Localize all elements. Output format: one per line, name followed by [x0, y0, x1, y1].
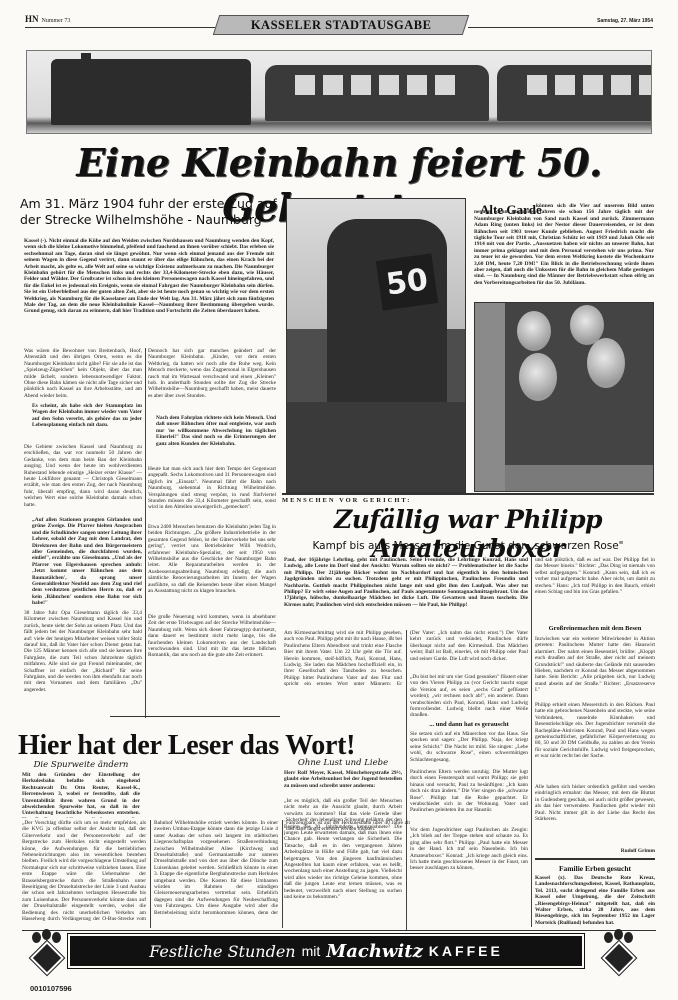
court-column-2: (Der Vater: „Ich nahm das nicht ernst.")… [410, 630, 528, 930]
paragraph: Die Gebiete zwischen Kassel und Naumburg… [24, 444, 142, 514]
court-subheadline: Kampf bis aufs Messer um die Gunst der „… [282, 540, 654, 552]
ad-product: KAFFEE [429, 943, 503, 959]
paragraph: Heute hat man sich auch hier dem Tempo d… [148, 466, 276, 524]
letter-body-columns: „Der Vorschlag dürfte sich um so mehr em… [22, 820, 278, 928]
notice-body: Kassel (x). Das Deutsche Rote Kreuz, Lan… [535, 875, 655, 927]
notice-title: Familie Erben gesucht [535, 864, 655, 873]
machwitz-logo-right [602, 932, 636, 972]
masthead-rule-left [25, 27, 215, 28]
pull-quote: Es scheint, als habe sich der Stammplatz… [32, 403, 142, 441]
paragraph: Inzwischen war ein weiterer Mitwirkender… [535, 636, 655, 702]
letter-title: Ohne Lust und Liebe [284, 758, 402, 768]
paragraph: Alle haben sich bisher ordentlich geführ… [535, 784, 655, 836]
document-id: 0010107596 [30, 984, 72, 993]
court-lead: Paul, der 16jährige Lehrling, geht mit P… [284, 557, 528, 625]
pull-quote: Nach dem Fahrplan richtete sich kein Men… [156, 415, 276, 463]
paragraph: „Du bist bei mir um vier Grad gesunken" … [410, 674, 528, 718]
court-headline: Zufällig war Philipp Amateurboxer [282, 505, 654, 563]
column-divider [531, 557, 532, 927]
letter-lead: Herr Rolf Meyer, Kassel, Mönchebergstraß… [284, 770, 402, 796]
court-subhead: ... und dann hat es gerauscht [410, 721, 528, 728]
pull-quote: „Auf allen Stationen prangten Girlanden … [32, 517, 142, 607]
train-photo [26, 50, 652, 134]
bottom-rule [22, 930, 656, 931]
paragraph: und sah plötzlich, daß es auf war. Der P… [535, 557, 655, 621]
main-column-1: Was wären die Bewohner von Breitenbach, … [24, 348, 142, 728]
section-banner: KASSELER STADTAUSGABE [213, 15, 469, 35]
court-author: Rudolf Grimm [600, 848, 655, 854]
letter-lead: Mit den Gründen der Einstellung der Herk… [22, 772, 140, 818]
paragraph: Sie setzen sich auf ein Mäuerchen vor da… [410, 731, 528, 769]
masthead-rule-right [468, 27, 653, 28]
column-divider [145, 348, 146, 718]
main-lead: Kassel (-). Nicht einmal die Kühe auf de… [24, 238, 274, 342]
section-rule [282, 493, 654, 495]
court-column-3: und sah plötzlich, daß es auf war. Der P… [535, 557, 655, 847]
paragraph: Paulinchens Eltern werden unruhig. Die M… [410, 769, 528, 827]
court-kicker: MENSCHEN VOR GERICHT: [282, 497, 411, 504]
section-rule [110, 716, 280, 717]
anniversary-number-plate: 50 [376, 253, 438, 310]
caption-text: können sich die Vier auf unserem Bild un… [474, 203, 654, 297]
locomotive-50-photo: 50 [286, 198, 466, 493]
notice-rule [535, 858, 655, 860]
paragraph: 38 Jahre fuhr Opa Gieselmann täglich die… [24, 610, 142, 720]
paragraph: Etwa 2400 Menschen benutzen die Kleinbah… [148, 524, 276, 614]
passenger-car-image [265, 65, 489, 121]
machwitz-coffee-ad: Festliche Stunden mit Machwitz KAFFEE [70, 936, 582, 966]
issue-date: Samstag, 27. März 1954 [597, 18, 653, 24]
paragraph: Philipp erhielt einen Messerstich in den… [535, 702, 655, 784]
main-column-2: Dennoch hat sich gar manches geändert au… [148, 348, 276, 728]
ad-brand: Machwitz [326, 941, 423, 962]
paragraph: Vor dem Jugendrichter sagt Paulinchen al… [410, 827, 528, 891]
court-subhead: Großreinemachen mit dem Besen [535, 625, 655, 632]
locomotive-image [51, 59, 251, 125]
passenger-car-image [497, 65, 652, 121]
paragraph: Was wären die Bewohner von Breitenbach, … [24, 348, 142, 400]
column-divider [406, 630, 407, 930]
machwitz-logo-left [30, 932, 64, 972]
paper-abbreviation: HN [25, 14, 39, 24]
paragraph: (Der Vater: „Ich nahm das nicht ernst.")… [410, 630, 528, 674]
alte-garde-photo [474, 302, 654, 492]
masthead-issue: HNNummer 73 [25, 14, 70, 24]
main-subheadline: Am 31. März 1904 fuhr der erste Zug auf … [20, 196, 280, 228]
issue-number: Nummer 73 [42, 18, 71, 24]
letter-title: Die Spurweite ändern [22, 760, 140, 770]
ad-slogan: Festliche Stunden [149, 942, 295, 961]
ad-connector: mit [302, 943, 321, 959]
paragraph: Die große Neuerung wird kommen, wenn in … [148, 614, 276, 672]
court-column-1: Am Kirmesnachmittag wird sie mit Philipp… [284, 630, 402, 688]
paragraph: Dennoch hat sich gar manches geändert au… [148, 348, 276, 412]
section-title: KASSELER STADTAUSGABE [251, 18, 432, 33]
letter-body: „Ist es möglich, daß ein großer Teil der… [284, 798, 402, 928]
